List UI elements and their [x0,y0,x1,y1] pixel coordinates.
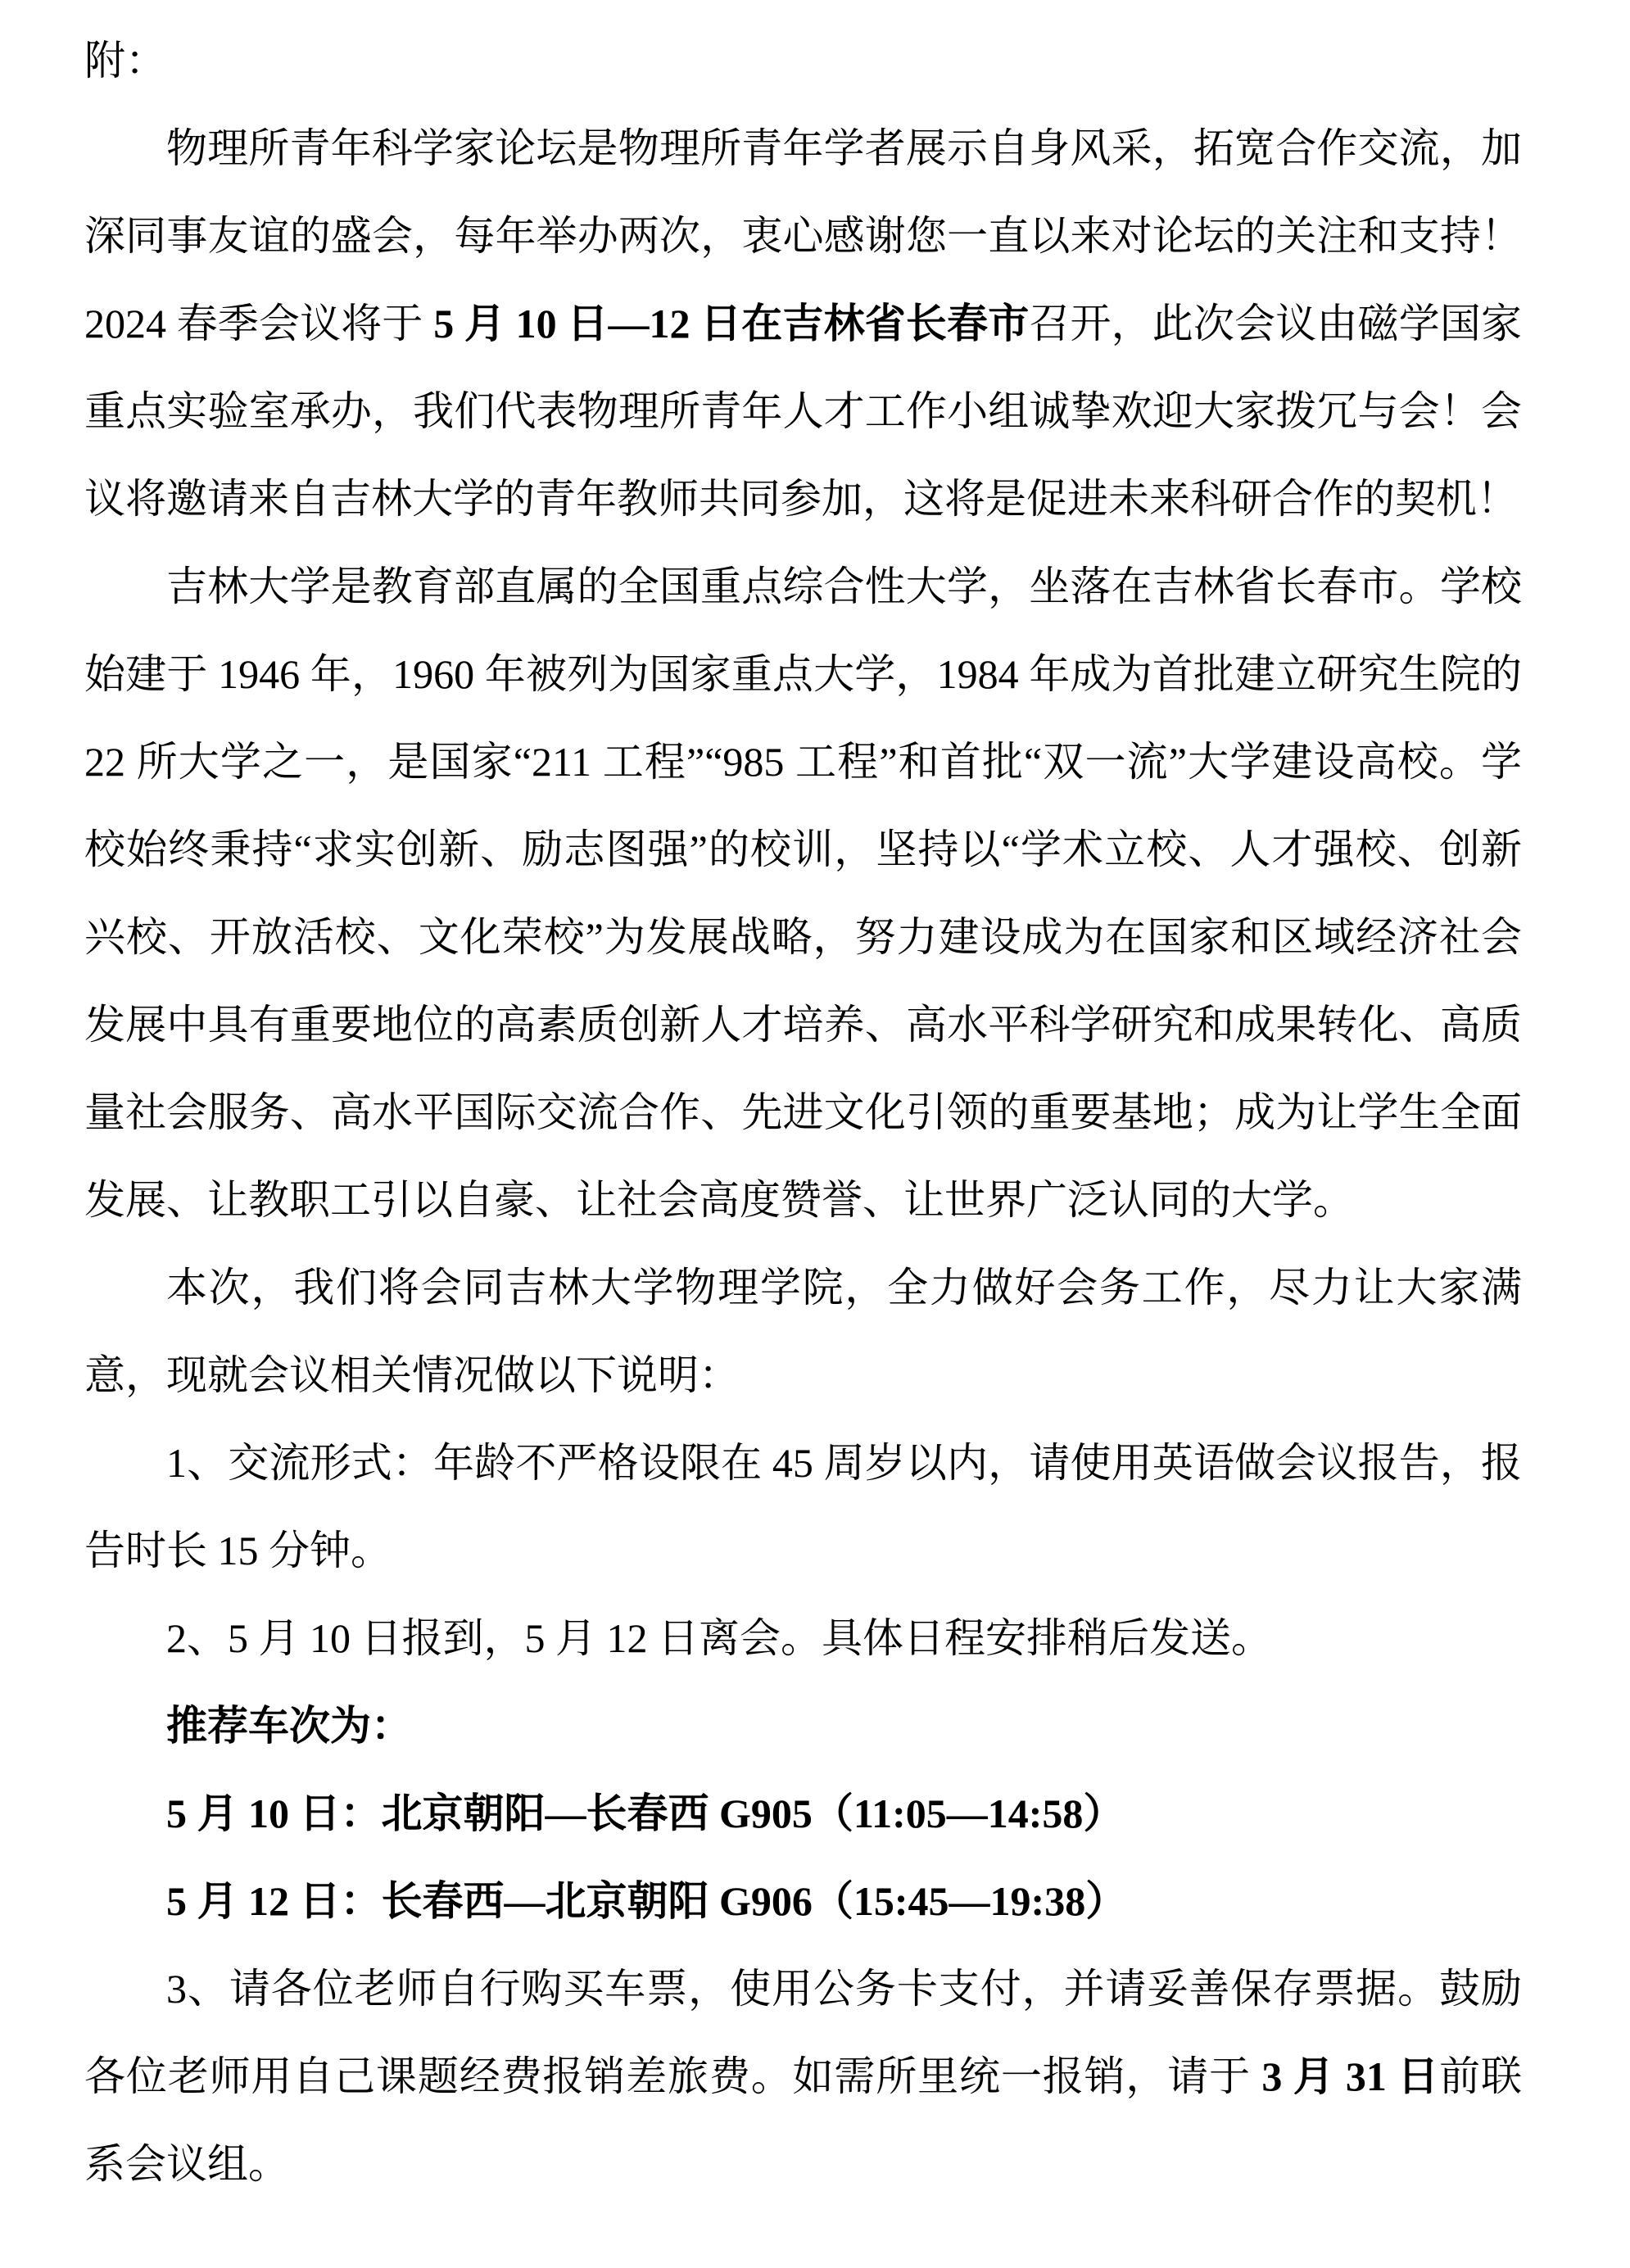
paragraph-arrangements-intro: 本次，我们将会同吉林大学物理学院，全力做好会务工作，尽力让大家满意，现就会议相关… [84,1244,1522,1419]
text-run: 2、5 月 10 日报到，5 月 12 日离会。具体日程安排稍后发送。 [166,1615,1272,1661]
text-run: 推荐车次为： [166,1703,412,1749]
train-may-10: 5 月 10 日：北京朝阳—长春西 G905（11:05—14:58） [84,1770,1522,1858]
item-2-schedule: 2、5 月 10 日报到，5 月 12 日离会。具体日程安排稍后发送。 [84,1595,1522,1682]
text-run: 本次，我们将会同吉林大学物理学院，全力做好会务工作，尽力让大家满意，现就会议相关… [84,1265,1522,1398]
paragraph-jilin-university: 吉林大学是教育部直属的全国重点综合性大学，坐落在吉林省长春市。学校始建于 194… [84,543,1522,1244]
text-run: 5 月 12 日：长春西—北京朝阳 G906（15:45—19:38） [166,1878,1126,1924]
text-run: 5 月 10 日：北京朝阳—长春西 G905（11:05—14:58） [166,1790,1124,1836]
text-run-bold-deadline: 3 月 31 日 [1261,2053,1439,2099]
train-may-12: 5 月 12 日：长春西—北京朝阳 G906（15:45—19:38） [84,1858,1522,1945]
item-3-ticket-reimbursement: 3、请各位老师自行购买车票，使用公务卡支付，并请妥善保存票据。鼓励各位老师用自己… [84,1945,1522,2208]
paragraph-forum-intro: 物理所青年科学家论坛是物理所青年学者展示自身风采，拓宽合作交流，加深同事友谊的盛… [84,105,1522,543]
document-content: 附： 物理所青年科学家论坛是物理所青年学者展示自身风采，拓宽合作交流，加深同事友… [84,0,1522,2208]
document-page: 附： 物理所青年科学家论坛是物理所青年学者展示自身风采，拓宽合作交流，加深同事友… [0,0,1630,2268]
recommended-trains-heading: 推荐车次为： [84,1682,1522,1770]
text-run: 附： [84,38,166,84]
attachment-label: 附： [84,17,1522,105]
item-1-presentation-format: 1、交流形式：年龄不严格设限在 45 周岁以内，请使用英语做会议报告，报告时长 … [84,1419,1522,1595]
text-run-bold-date-location: 5 月 10 日—12 日在吉林省长春市 [433,301,1029,346]
text-run: 1、交流形式：年龄不严格设限在 45 周岁以内，请使用英语做会议报告，报告时长 … [84,1440,1522,1573]
text-run: 吉林大学是教育部直属的全国重点综合性大学，坐落在吉林省长春市。学校始建于 194… [84,564,1522,1223]
